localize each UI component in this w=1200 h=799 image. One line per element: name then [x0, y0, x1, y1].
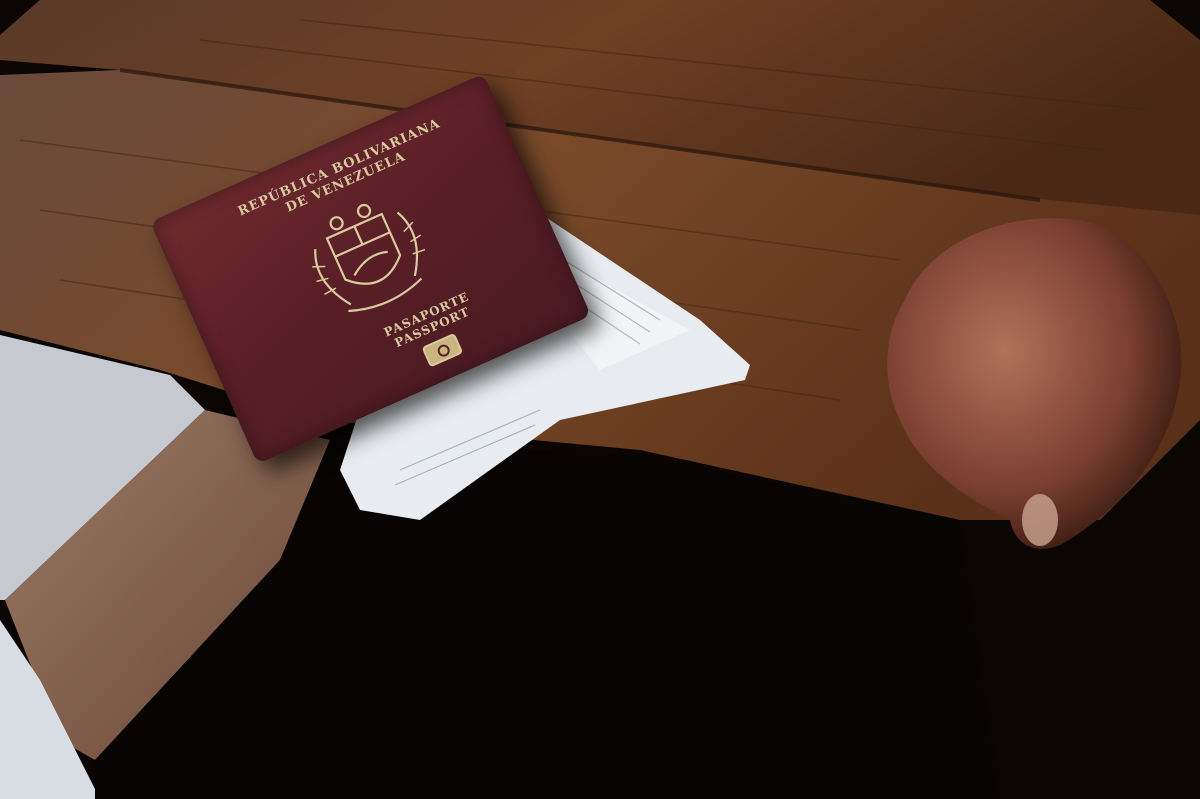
table-background — [0, 0, 1200, 799]
photo-scene: REPÚBLICA BOLIVARIANA DE VENEZUELA — [0, 0, 1200, 799]
fingernail — [1022, 494, 1058, 546]
biometric-chip-icon — [421, 333, 463, 368]
